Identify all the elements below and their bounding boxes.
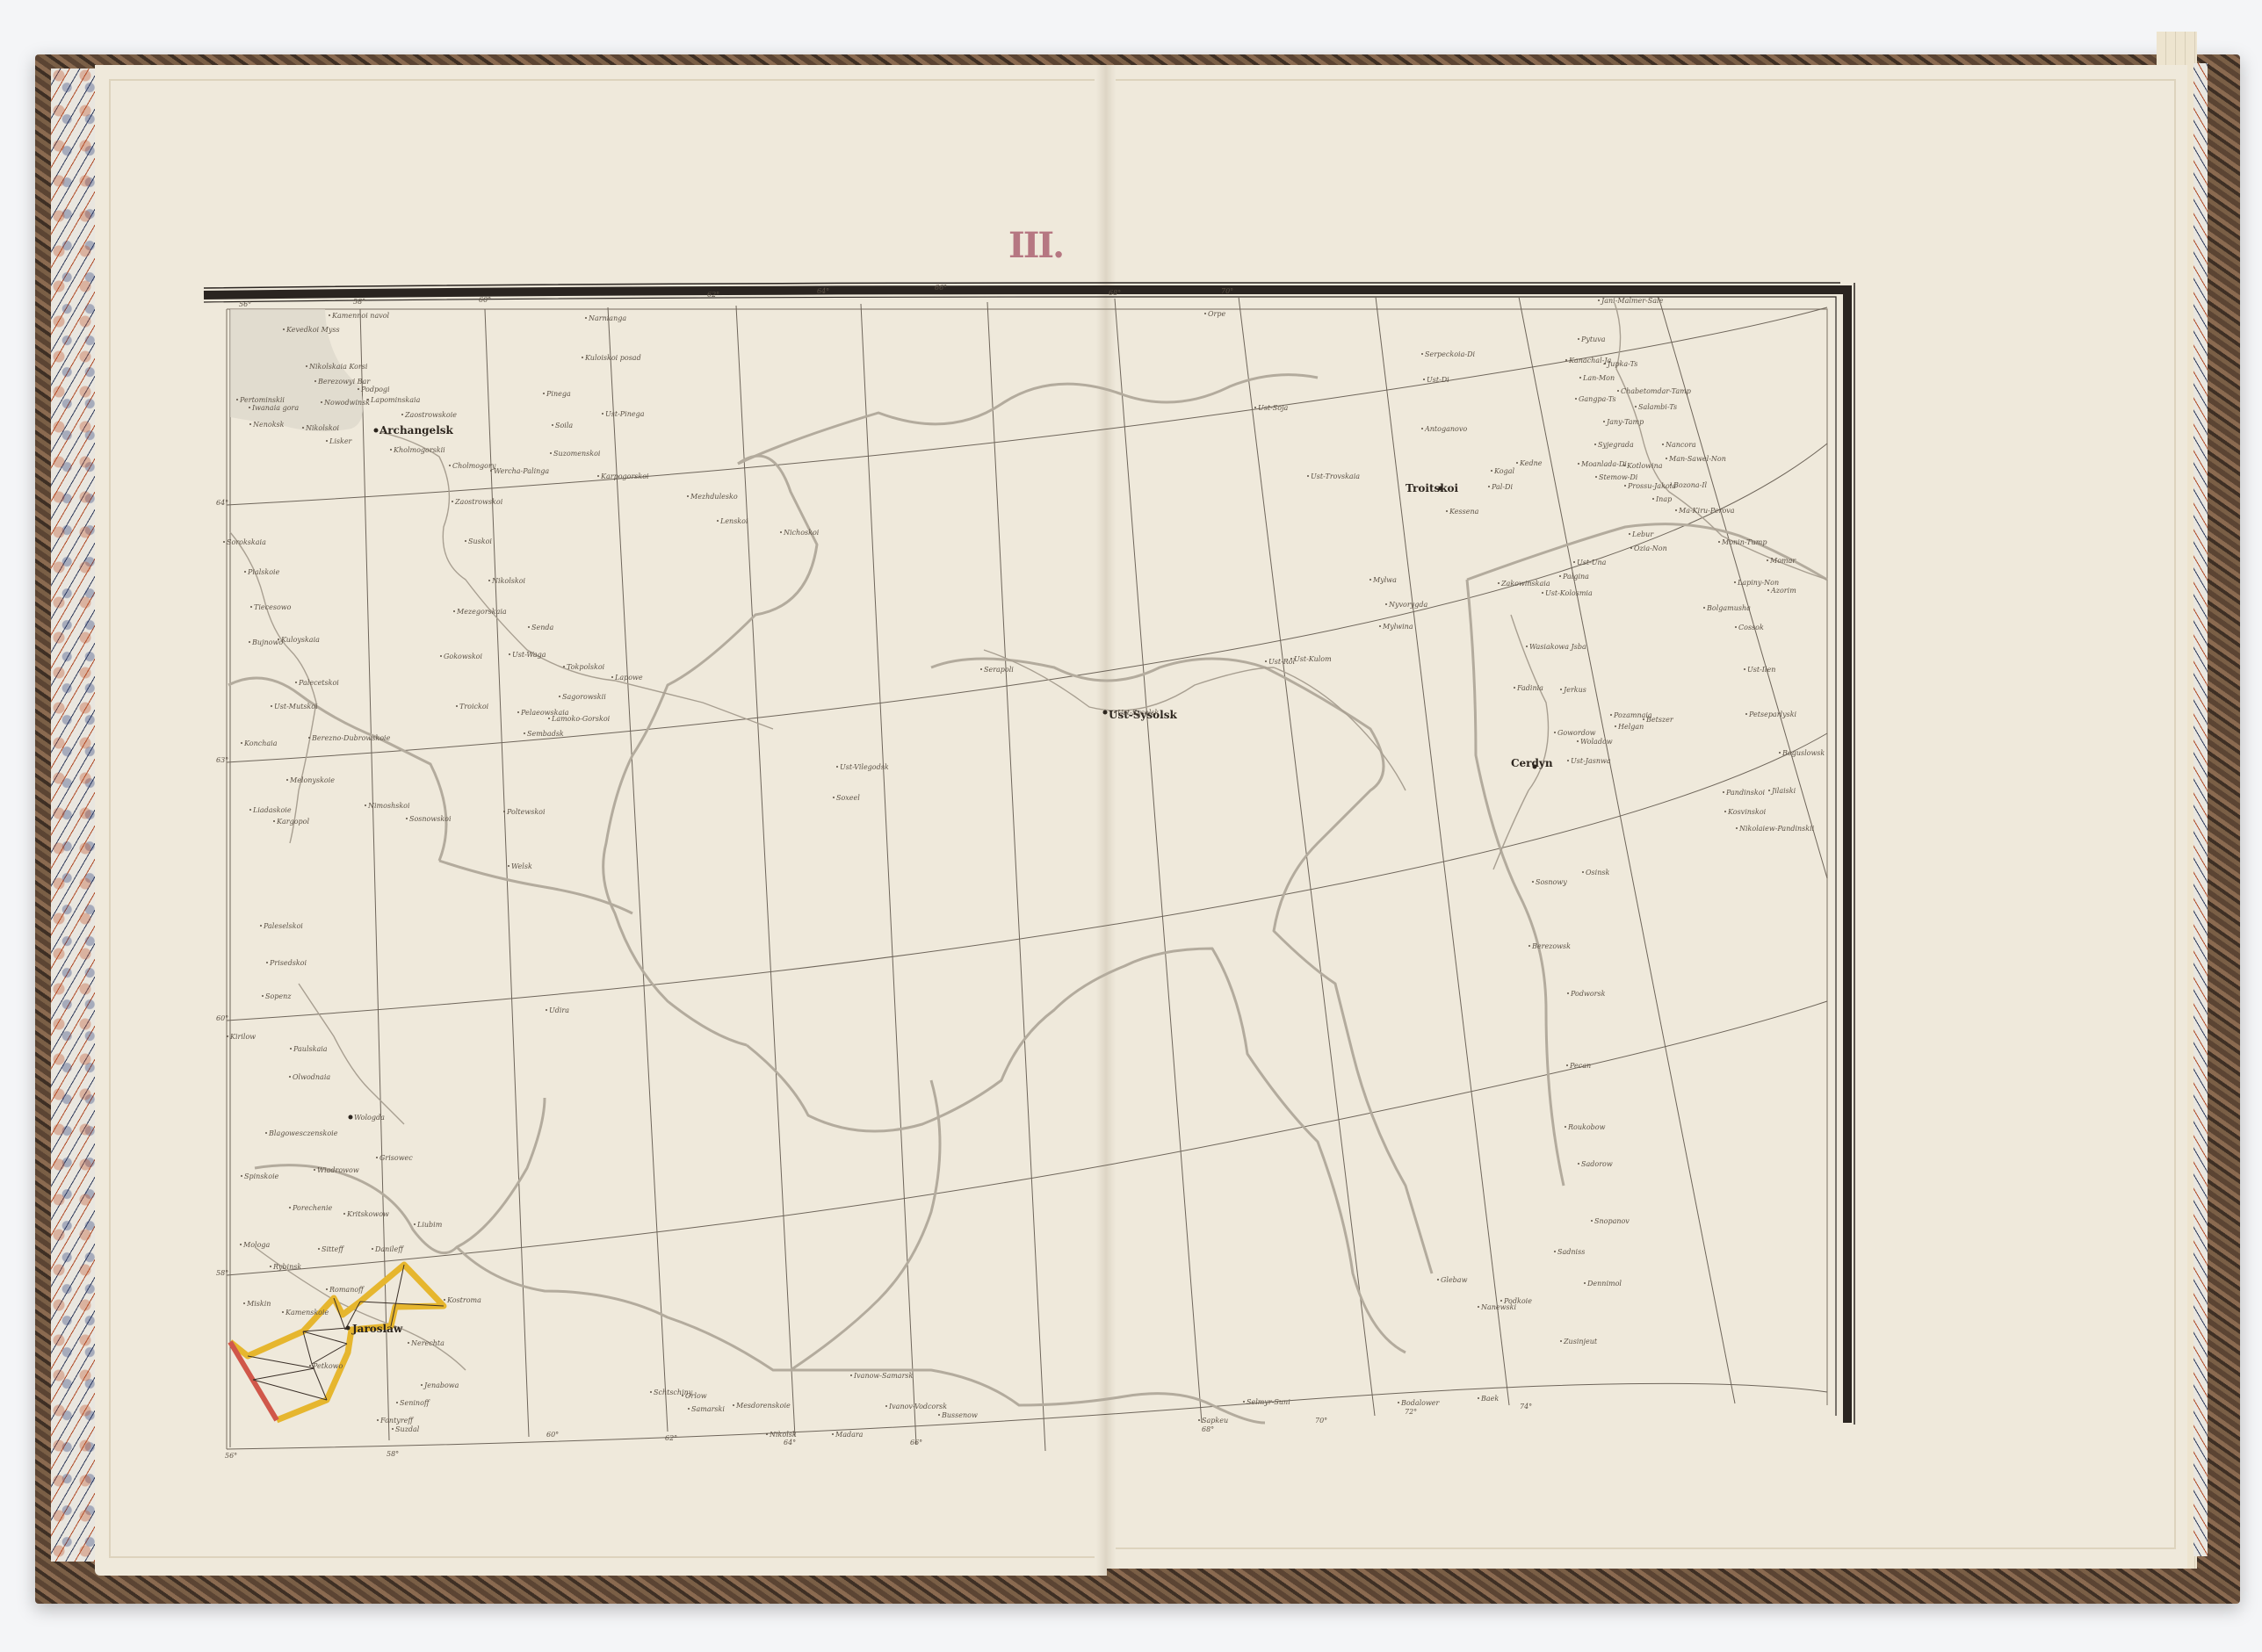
place-label: Ust-Pinega — [605, 410, 645, 418]
place-label: Sadniss — [1557, 1248, 1585, 1256]
place-label: Ust-Rol — [1268, 658, 1296, 666]
place-label: Kogal — [1493, 467, 1514, 475]
svg-text:58°: 58° — [216, 1269, 228, 1277]
place-label: Liubim — [416, 1221, 443, 1229]
place-label: Kuloiskoi posad — [584, 354, 641, 362]
place-label: Antoganovo — [1424, 425, 1467, 433]
place-label: Pertominskii — [239, 396, 285, 404]
place-label: Liadaskoie — [252, 806, 292, 814]
place-label: Jany-Tamp — [1605, 418, 1644, 426]
place-label: Azorim — [1770, 587, 1796, 595]
place-label: Kotlowina — [1626, 462, 1663, 470]
place-label: Mylwa — [1372, 576, 1397, 584]
place-label: Nanewski — [1480, 1303, 1516, 1311]
place-label: Ust-Jasnwa — [1571, 757, 1611, 765]
place-label: Pinega — [546, 390, 571, 398]
place-label: Monin-Tump — [1721, 538, 1767, 546]
place-label: Nikolskoi — [491, 577, 526, 585]
place-label: Sitteff — [322, 1245, 344, 1253]
place-label: Soxeel — [836, 794, 860, 802]
place-label: Pecan — [1569, 1062, 1591, 1070]
city-archangelsk: Archangelsk — [379, 424, 454, 436]
place-label: Paulskaia — [293, 1045, 328, 1053]
place-label: Ozia-Non — [1634, 545, 1667, 552]
place-label: Man-Sawel-Non — [1668, 455, 1726, 463]
province-boundaries — [228, 375, 1827, 1423]
place-label: Kosvinskoi — [1727, 808, 1767, 816]
place-label: Gangpa-Ts — [1579, 395, 1616, 403]
place-label: Bussenow — [941, 1411, 978, 1419]
place-label: Lapowe — [614, 674, 643, 682]
place-label: Ust-Ilen — [1747, 666, 1775, 674]
place-label: Ivanov-Vodcorsk — [888, 1403, 947, 1410]
place-label: Bozona-Il — [1673, 481, 1708, 489]
svg-text:60°: 60° — [479, 296, 491, 304]
place-label: Snopanov — [1594, 1217, 1630, 1225]
place-label: Kholmogorskii — [393, 446, 445, 454]
svg-text:63°: 63° — [216, 756, 228, 764]
place-label: Cossok — [1738, 624, 1764, 631]
place-label: Lamoko-Gorskoi — [551, 715, 611, 723]
place-label: Melonyskoie — [289, 776, 335, 784]
place-label: Fadinia — [1516, 684, 1543, 692]
place-label: Wiadrowow — [317, 1166, 359, 1174]
place-label: Lapominskaia — [370, 396, 421, 404]
place-label: Mologa — [242, 1241, 271, 1249]
svg-text:60°: 60° — [216, 1014, 228, 1022]
place-label: Jani-Malmer-Sale — [1600, 297, 1664, 305]
svg-text:64°: 64° — [216, 499, 228, 507]
atlas-photograph: III. — [0, 0, 2262, 1652]
place-label: Miskin — [246, 1300, 271, 1308]
svg-text:62°: 62° — [707, 291, 719, 299]
svg-text:58°: 58° — [387, 1450, 399, 1458]
place-label: Zakowinskaia — [1500, 580, 1550, 588]
longitude-labels-bottom: 56° 58° 60° 62° 64° 66° 68° 70° 72° 74° — [225, 1403, 1532, 1460]
city-cerdyn: Cerdyn — [1511, 757, 1553, 769]
place-label: Narnianga — [588, 314, 626, 322]
place-label: Welsk — [511, 862, 532, 870]
place-label: Olwodnaia — [293, 1073, 330, 1081]
place-label: Grisowec — [379, 1154, 413, 1162]
place-label: Ust-Una — [1577, 559, 1607, 566]
place-label: Kostroma — [446, 1296, 481, 1304]
place-label: Nikolaiew-Pandinskii — [1738, 825, 1815, 833]
place-label: Poltewskoi — [506, 808, 546, 816]
place-label: Prisedskoi — [269, 959, 307, 967]
city-troitskoi: Troitskoi — [1406, 482, 1459, 494]
place-label: Roukobow — [1567, 1123, 1606, 1131]
place-label: Suzomenskoi — [553, 450, 601, 458]
place-label: Kritskowow — [346, 1210, 389, 1218]
place-label: Boguslowsk — [1781, 749, 1825, 757]
svg-text:66°: 66° — [935, 284, 947, 292]
svg-text:60°: 60° — [546, 1431, 559, 1439]
place-label: Tiecesowo — [254, 603, 292, 611]
place-label: Syjegrada — [1598, 441, 1634, 449]
place-label: Senda — [531, 624, 553, 631]
place-label: Pal-Di — [1491, 483, 1513, 491]
place-label: Berezowyi Bar — [317, 378, 371, 386]
svg-text:68°: 68° — [1202, 1425, 1214, 1433]
svg-text:72°: 72° — [1405, 1408, 1417, 1416]
place-label: Paleselskoi — [263, 922, 303, 930]
place-label: Ma-Kiru-Perova — [1678, 507, 1735, 515]
place-label: Lenskoi — [719, 517, 748, 525]
place-label: Lan-Mon — [1582, 374, 1615, 382]
city-jaroslaw: Jaroslaw — [351, 1323, 403, 1335]
place-label: Nikolsk — [769, 1431, 797, 1439]
place-label: Gokowskoi — [444, 653, 482, 660]
place-label: Ust-Waga — [512, 651, 546, 659]
place-label: Mezegorskaia — [456, 608, 507, 616]
place-label: Salambi-Ts — [1638, 403, 1677, 411]
place-label: Nowodwinsk — [323, 399, 370, 407]
place-label: Sosnowy — [1536, 878, 1567, 886]
place-label: Momar — [1769, 557, 1796, 565]
place-label: Kuloyskaia — [280, 636, 320, 644]
place-label: Pialskoie — [247, 568, 280, 576]
place-label: Sorokskaia — [227, 538, 266, 546]
place-label: Podworsk — [1570, 990, 1606, 998]
place-label: Sembadsk — [527, 730, 564, 738]
svg-text:66°: 66° — [910, 1439, 922, 1446]
place-label: Nikolskoi — [305, 424, 340, 432]
parallel-lines — [227, 307, 1827, 1449]
place-label: Mesdorenskoie — [735, 1402, 791, 1410]
place-label: Nenoksk — [252, 421, 285, 429]
place-label: Ust-Vilegodsk — [840, 763, 889, 771]
place-label: Kedne — [1519, 459, 1543, 467]
place-label: Danileff — [374, 1245, 404, 1253]
place-label: Madara — [835, 1431, 864, 1439]
place-label: Soila — [555, 422, 573, 429]
place-label: Seninoff — [400, 1399, 430, 1407]
place-label: Petseparlyski — [1748, 711, 1797, 718]
place-label: Samarski — [691, 1405, 725, 1413]
svg-text:68°: 68° — [1109, 289, 1121, 297]
place-label: Konchaia — [243, 739, 278, 747]
place-label: Wercha-Palinga — [494, 467, 549, 475]
map-plate: 56° 58° 60° 62° 64° 66° 68° 70° 56° 58° … — [0, 0, 2262, 1652]
place-label: Karpogorskoi — [600, 473, 649, 480]
svg-text:70°: 70° — [1315, 1417, 1327, 1425]
place-label: Bodalower — [1400, 1399, 1441, 1407]
svg-text:70°: 70° — [1221, 287, 1233, 295]
place-label: Selmyr-Suni — [1247, 1398, 1290, 1406]
place-label: Jilaiski — [1770, 787, 1796, 795]
place-label: Jenabowa — [423, 1381, 459, 1389]
place-label: Palgina — [1562, 573, 1589, 581]
place-label: Spinskoie — [244, 1172, 279, 1180]
place-label: Udira — [549, 1006, 569, 1014]
place-label: Jupka-Ts — [1606, 360, 1637, 368]
svg-text:56°: 56° — [239, 300, 251, 308]
place-label: Serpeckoia-Di — [1425, 350, 1475, 358]
place-label: Gowordow — [1557, 729, 1596, 737]
place-label: Moanlada-Di — [1580, 460, 1627, 468]
place-label: Tokpolskoi — [567, 663, 605, 671]
place-label: Wasiakowa Jsba — [1529, 643, 1586, 651]
place-label: Suskoi — [468, 537, 492, 545]
place-label: Kirilow — [229, 1033, 256, 1041]
place-label: Zaostrowskoie — [404, 411, 457, 419]
place-label: Sapkeu — [1202, 1417, 1228, 1425]
place-label: Osinsk — [1586, 869, 1609, 876]
place-label: Mylwina — [1382, 623, 1413, 631]
place-label: Stemow-Di — [1599, 473, 1638, 481]
place-label: Lebur — [1631, 530, 1654, 538]
place-label: Helgan — [1617, 723, 1644, 731]
place-label: Chabetomdar-Tamp — [1621, 387, 1691, 395]
place-label: Orpe — [1208, 310, 1226, 318]
place-label: Ust-Kulom — [1294, 655, 1332, 663]
place-label: Iwanaia gora — [251, 404, 299, 412]
place-label: Kevedkoi Myss — [285, 326, 340, 334]
place-label: Ivanow-Samarsk — [853, 1372, 914, 1380]
svg-text:58°: 58° — [353, 298, 365, 306]
place-label: Cholmogory — [452, 462, 496, 470]
place-label: Nerechta — [410, 1339, 444, 1347]
place-label: Palecetskoi — [298, 679, 339, 687]
svg-text:74°: 74° — [1520, 1403, 1532, 1410]
major-city-labels: Archangelsk Ust-Sysolsk Troitskoi Cerdyn… — [346, 424, 1553, 1335]
place-label: Berezowsk — [1531, 942, 1571, 950]
place-label: Berezno-Dubrowskoie — [311, 734, 391, 742]
svg-text:64°: 64° — [784, 1439, 796, 1446]
place-label: Ust-Kolosmia — [1545, 589, 1593, 597]
place-label: Mezhdulesko — [690, 493, 738, 501]
place-label: Sagorowskii — [562, 693, 606, 701]
place-label: Woladow — [1580, 738, 1613, 746]
place-label: Dennimol — [1586, 1280, 1622, 1288]
place-label: Nimoshskoi — [367, 802, 410, 810]
place-label: Rybinsk — [272, 1263, 301, 1271]
place-label: Kessena — [1449, 508, 1479, 516]
city-wologda: Wologda — [354, 1114, 385, 1122]
place-label: Blagowesczenskoie — [268, 1129, 338, 1137]
place-label: Podpogi — [360, 386, 390, 393]
place-label: Jerkus — [1562, 686, 1586, 694]
place-label: Pandinskoi — [1725, 789, 1766, 797]
place-label: Prossu-Jakola — [1627, 482, 1676, 490]
place-label: Glebaw — [1441, 1276, 1468, 1284]
place-label: Kargopol — [276, 818, 309, 826]
place-label: Troickoi — [459, 703, 489, 711]
place-label: Ust-Soja — [1258, 404, 1289, 412]
place-label: Nyvorygda — [1388, 601, 1427, 609]
place-label: Ust-Trovskaia — [1311, 473, 1360, 480]
place-label: Serapoli — [984, 666, 1014, 674]
place-label: Petkowo — [312, 1362, 343, 1370]
place-label: Fontyreff — [379, 1417, 414, 1425]
place-label: Sadorow — [1581, 1160, 1613, 1168]
place-label: Kamennoi navol — [331, 312, 390, 320]
place-label: Kamenskoie — [285, 1309, 329, 1317]
svg-text:62°: 62° — [665, 1434, 677, 1442]
place-label: Nancora — [1665, 441, 1696, 449]
svg-text:56°: 56° — [225, 1452, 237, 1460]
place-label: Ust-Sysolsk — [1117, 709, 1159, 717]
place-label: Zaostrowskoi — [454, 498, 503, 506]
place-label: Romanoff — [329, 1286, 365, 1294]
place-label: Betszer — [1645, 716, 1674, 724]
place-label: Ust-Mutskoi — [274, 703, 318, 711]
place-label: Schtschiny — [654, 1389, 693, 1396]
place-label: Suzdal — [395, 1425, 420, 1433]
place-label: Baek — [1480, 1395, 1499, 1403]
place-label: Porechenie — [292, 1204, 333, 1212]
svg-text:64°: 64° — [817, 287, 829, 295]
place-label: Lapiny-Non — [1737, 579, 1779, 587]
place-label: Bolgamusha — [1706, 604, 1751, 612]
place-label: Nikolskaia Korsi — [308, 363, 368, 371]
place-label: Sopenz — [265, 992, 292, 1000]
place-label: Nichoskoi — [783, 529, 820, 537]
place-label: Sosnowskoi — [409, 815, 452, 823]
place-label: Ust-Di — [1427, 376, 1449, 384]
place-label: Lisker — [329, 437, 353, 445]
place-label: Inap — [1655, 495, 1672, 503]
place-label: Zusinjeut — [1563, 1338, 1598, 1345]
place-label: Pytuva — [1580, 335, 1606, 343]
